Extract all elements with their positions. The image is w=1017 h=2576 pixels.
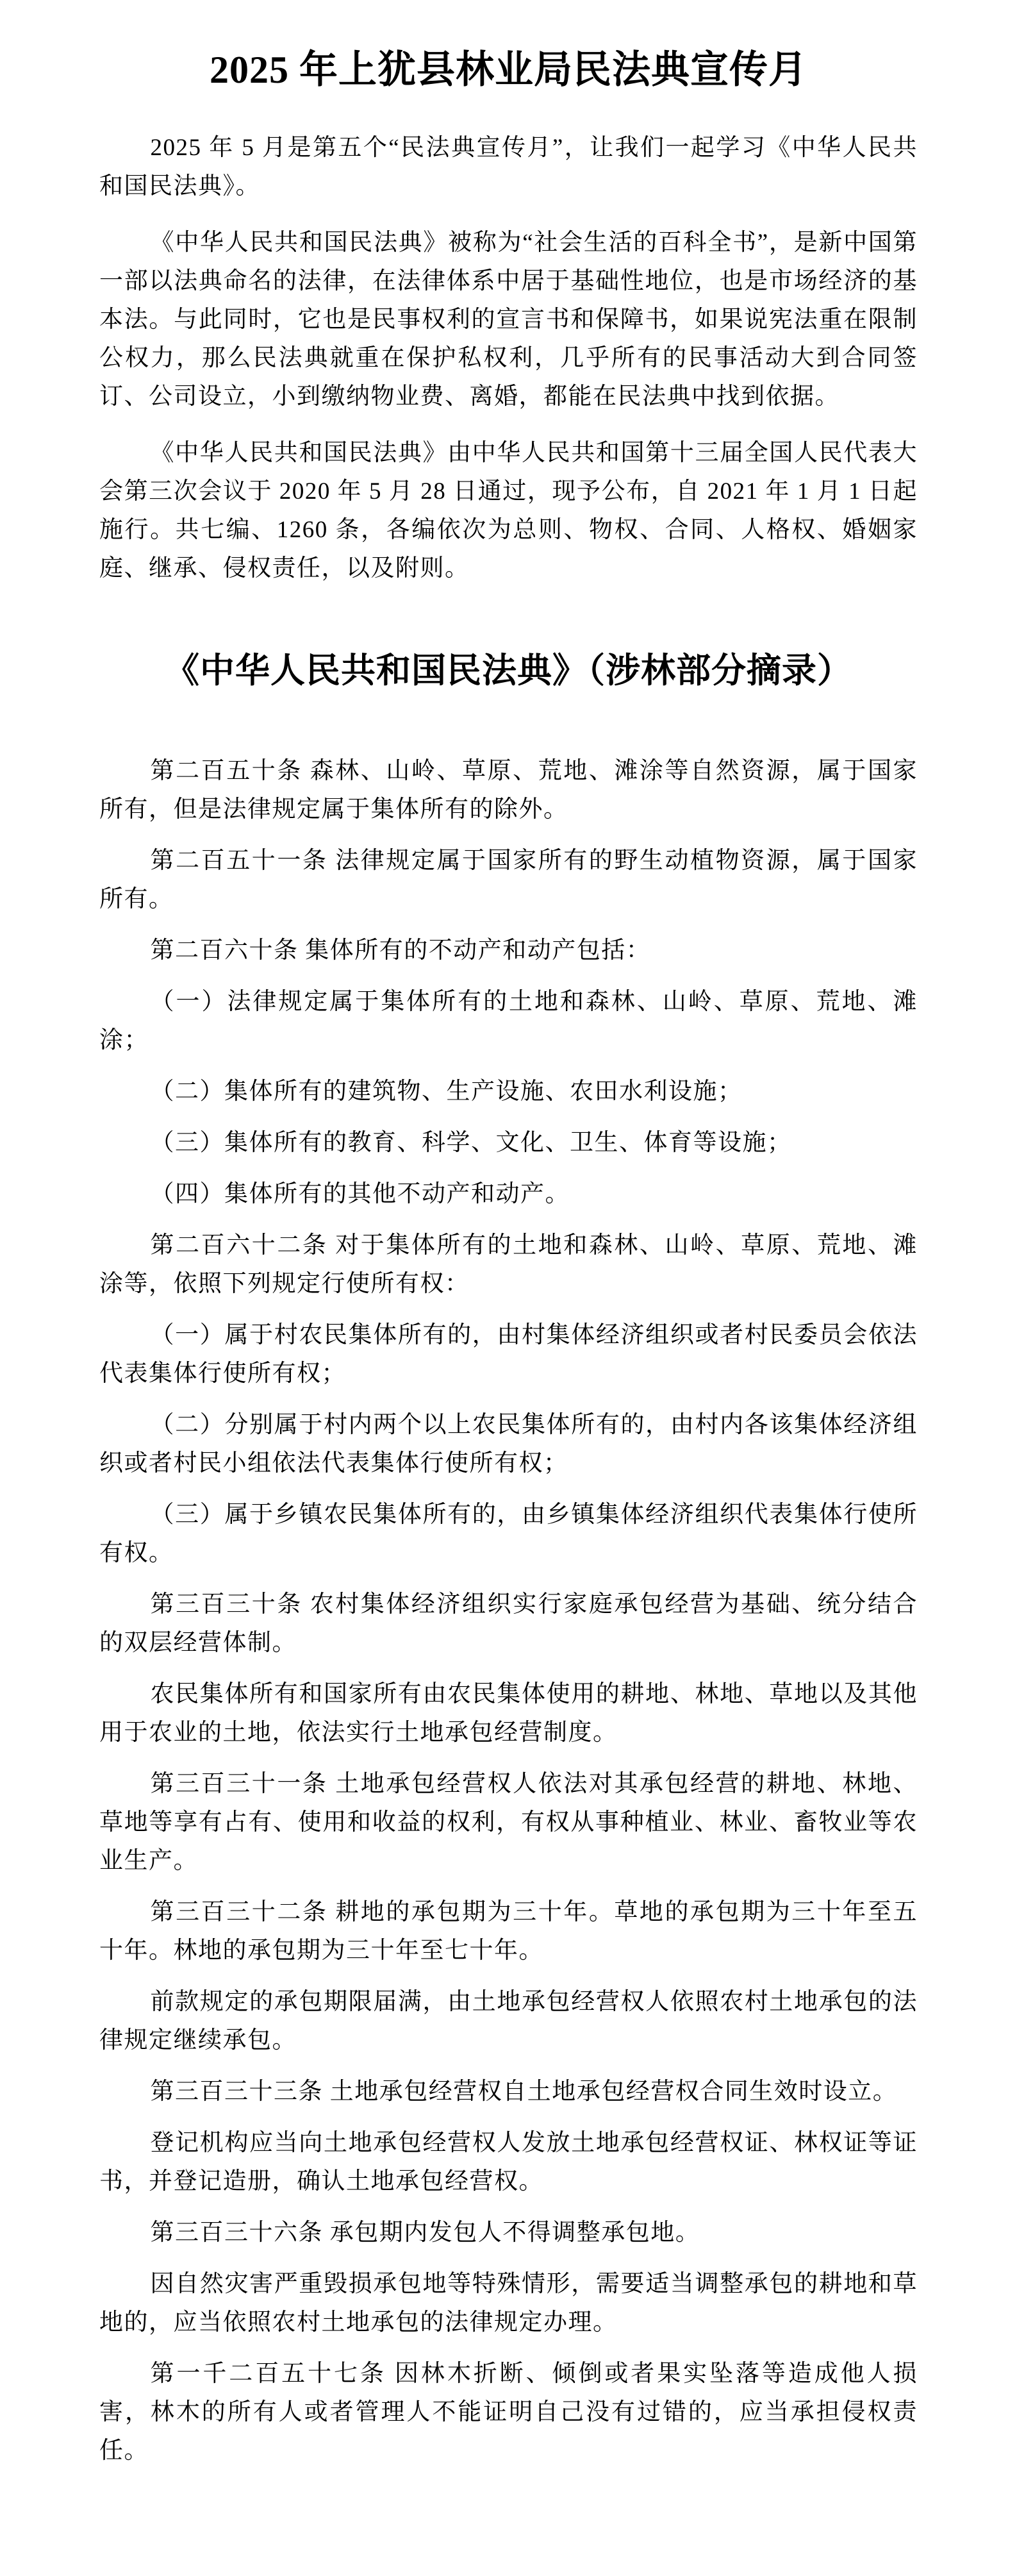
- article-paragraph: （一）法律规定属于集体所有的土地和森林、山岭、草原、荒地、滩涂；: [99, 983, 918, 1060]
- articles-section: 第二百五十条 森林、山岭、草原、荒地、滩涂等自然资源，属于国家所有，但是法律规定…: [99, 752, 918, 2470]
- article-paragraph: 第三百三十六条 承包期内发包人不得调整承包地。: [99, 2214, 918, 2252]
- document-title: 2025 年上犹县林业局民法典宣传月: [99, 46, 918, 94]
- intro-paragraph: 《中华人民共和国民法典》被称为“社会生活的百科全书”，是新中国第一部以法典命名的…: [99, 224, 918, 416]
- article-paragraph: 第二百五十条 森林、山岭、草原、荒地、滩涂等自然资源，属于国家所有，但是法律规定…: [99, 752, 918, 829]
- article-paragraph: 第二百六十二条 对于集体所有的土地和森林、山岭、草原、荒地、滩涂等，依照下列规定…: [99, 1226, 918, 1303]
- article-paragraph: （四）集体所有的其他不动产和动产。: [99, 1175, 918, 1214]
- article-paragraph: 农民集体所有和国家所有由农民集体使用的耕地、林地、草地以及其他用于农业的土地，依…: [99, 1675, 918, 1752]
- intro-paragraph: 2025 年 5 月是第五个“民法典宣传月”，让我们一起学习《中华人民共和国民法…: [99, 129, 918, 206]
- article-paragraph: 第三百三十三条 土地承包经营权自土地承包经营权合同生效时设立。: [99, 2073, 918, 2111]
- article-paragraph: 因自然灾害严重毁损承包地等特殊情形，需要适当调整承包的耕地和草地的，应当依照农村…: [99, 2265, 918, 2342]
- intro-paragraph: 《中华人民共和国民法典》由中华人民共和国第十三届全国人民代表大会第三次会议于 2…: [99, 434, 918, 588]
- article-paragraph: 前款规定的承包期限届满，由土地承包经营权人依照农村土地承包的法律规定继续承包。: [99, 1983, 918, 2060]
- section-heading: 《中华人民共和国民法典》（涉林部分摘录）: [99, 648, 918, 693]
- article-paragraph: （一）属于村农民集体所有的，由村集体经济组织或者村民委员会依法代表集体行使所有权…: [99, 1316, 918, 1393]
- article-paragraph: （二）集体所有的建筑物、生产设施、农田水利设施；: [99, 1073, 918, 1111]
- article-paragraph: 第二百五十一条 法律规定属于国家所有的野生动植物资源，属于国家所有。: [99, 842, 918, 919]
- document-page: 2025 年上犹县林业局民法典宣传月 2025 年 5 月是第五个“民法典宣传月…: [0, 0, 1017, 2576]
- article-paragraph: 第三百三十条 农村集体经济组织实行家庭承包经营为基础、统分结合的双层经营体制。: [99, 1585, 918, 1662]
- article-paragraph: （三）集体所有的教育、科学、文化、卫生、体育等设施；: [99, 1124, 918, 1162]
- article-paragraph: 第二百六十条 集体所有的不动产和动产包括：: [99, 932, 918, 970]
- intro-section: 2025 年 5 月是第五个“民法典宣传月”，让我们一起学习《中华人民共和国民法…: [99, 129, 918, 588]
- article-paragraph: （三）属于乡镇农民集体所有的，由乡镇集体经济组织代表集体行使所有权。: [99, 1496, 918, 1573]
- article-paragraph: （二）分别属于村内两个以上农民集体所有的，由村内各该集体经济组织或者村民小组依法…: [99, 1406, 918, 1483]
- article-paragraph: 第三百三十二条 耕地的承包期为三十年。草地的承包期为三十年至五十年。林地的承包期…: [99, 1893, 918, 1970]
- article-paragraph: 第三百三十一条 土地承包经营权人依法对其承包经营的耕地、林地、草地等享有占有、使…: [99, 1765, 918, 1880]
- article-paragraph: 登记机构应当向土地承包经营权人发放土地承包经营权证、林权证等证书，并登记造册，确…: [99, 2124, 918, 2201]
- article-paragraph: 第一千二百五十七条 因林木折断、倾倒或者果实坠落等造成他人损害，林木的所有人或者…: [99, 2355, 918, 2470]
